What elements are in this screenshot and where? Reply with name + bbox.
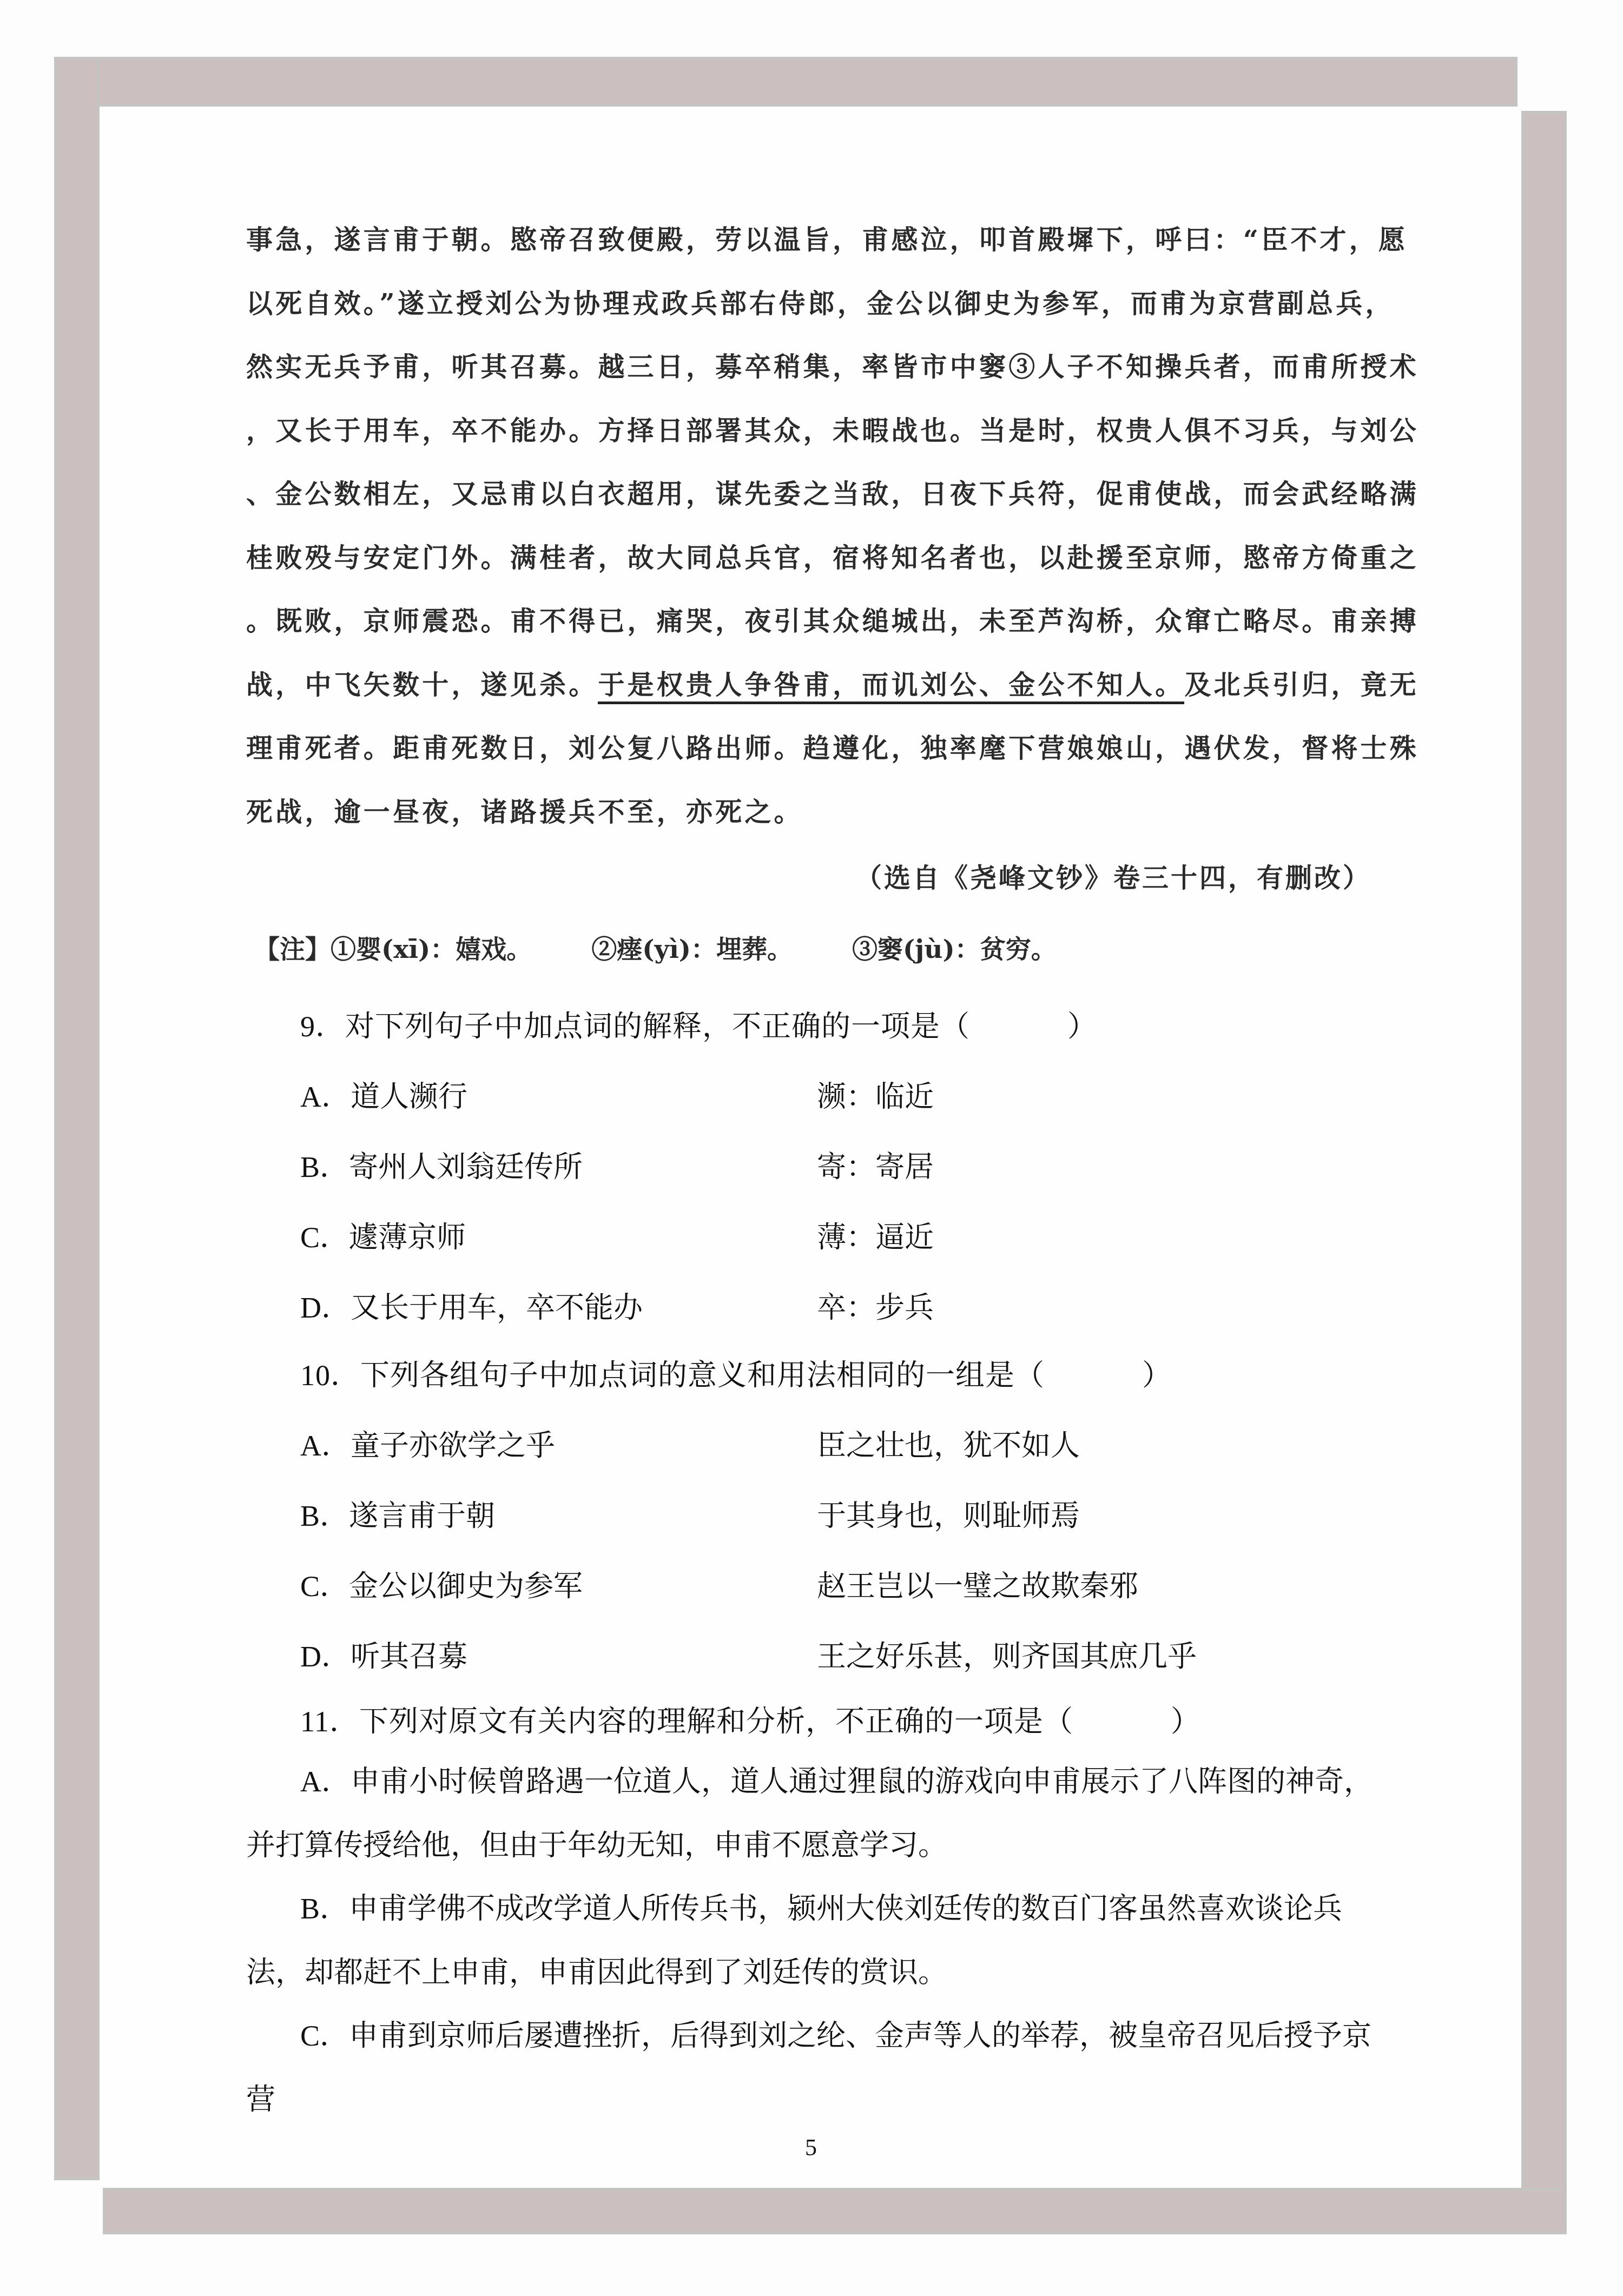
q9-option-d: D．又长于用车，卒不能办 [300,1285,643,1326]
passage-line: 然实无兵予甫，听其召募。越三日，募卒稍集，率皆市中窭③人子不知操兵者，而甫所授术 [246,346,1380,384]
notes-label: 【注】 [254,935,331,964]
frame-right-band [1521,111,1567,2234]
passage-line: 理甫死者。距甫死数日，刘公复八路出师。趋遵化，独率麾下营娘娘山，遇伏发，督将士殊 [246,727,1380,765]
option-text: 申甫学佛不成改学道人所传兵书，颍州大侠刘廷传的数百门客虽然喜欢谈论兵法，却都赶不… [246,1891,1342,1989]
notes: 【注】①婴(xī)：嬉戏。②瘗(yì)：埋葬。③窭(jù)：贫穷。 [254,929,1057,965]
q10-option-d-compare: 王之好乐甚，则齐国其庶几乎 [817,1633,1197,1675]
question-stem: 对下列句子中加点词的解释，不正确的一项是（ [345,1009,970,1043]
page-number: 5 [805,2134,817,2161]
question-9: 9．对下列句子中加点词的解释，不正确的一项是（） [300,1003,1097,1045]
option-text: 申甫到京师后屡遭挫折，后得到刘之纶、金声等人的举荐，被皇帝召见后授予京营 [246,2019,1371,2116]
option-label: B． [300,1893,349,1925]
question-10: 10．下列各组句子中加点词的意义和用法相同的一组是（） [300,1352,1172,1394]
q10-option-c-compare: 赵王岂以一璧之故欺秦邪 [817,1563,1138,1605]
q10-option-b-compare: 于其身也，则耻师焉 [817,1493,1080,1534]
option-text: 听其召募 [351,1639,467,1673]
q11-option-b: B．申甫学佛不成改学道人所传兵书，颍州大侠刘廷传的数百门客虽然喜欢谈论兵法，却都… [246,1877,1380,2004]
question-11: 11．下列对原文有关内容的理解和分析，不正确的一项是（） [300,1698,1200,1740]
passage-line: 以死自效。”遂立授刘公为协理戎政兵部右侍郎，金公以御史为参军，而甫为京营副总兵， [246,283,1380,321]
passage-line: 。既败，京师震恐。甫不得已，痛哭，夜引其众缒城出，未至芦沟桥，众窜亡略尽。甫亲搏 [246,600,1380,638]
question-stem: 下列对原文有关内容的理解和分析，不正确的一项是（ [359,1704,1073,1738]
note-item: ③窭(jù)：贫穷。 [852,935,1057,964]
option-text: 遽薄京师 [349,1220,466,1254]
q9-option-b: B．寄州人刘翁廷传所 [300,1144,583,1186]
frame-bottom-band [103,2188,1567,2234]
option-label: C． [300,1570,349,1603]
option-label: A． [300,1081,351,1113]
passage-line: 、金公数相左，又忌甫以白衣超用，谋先委之当敌，日夜下兵符，促甫使战，而会武经略满 [246,473,1380,511]
source-citation: （选自《尧峰文钞》卷三十四，有删改） [855,857,1371,895]
paren-close: ） [1142,1358,1172,1392]
passage-line: 死战，逾一昼夜，诸路援兵不至，亦死之。 [246,791,803,829]
q9-option-c: C．遽薄京师 [300,1214,466,1256]
passage-text: 及北兵引归，竟无 [1184,669,1419,700]
option-label: D． [300,1292,351,1324]
option-label: D． [300,1640,351,1673]
frame-top-band [54,57,1518,107]
q9-option-a: A．道人濒行 [300,1074,467,1115]
q10-option-a: A．童子亦欲学之乎 [300,1422,555,1464]
q9-option-c-gloss: 薄：逼近 [817,1214,934,1256]
underlined-sentence: 于是权贵人争咎甫，而讥刘公、金公不知人。 [598,669,1184,704]
question-stem: 下列各组句子中加点词的意义和用法相同的一组是（ [360,1358,1045,1392]
q10-option-b: B．遂言甫于朝 [300,1493,495,1534]
question-number: 9． [300,1010,345,1043]
q11-option-c: C．申甫到京师后屡遭挫折，后得到刘之纶、金声等人的举荐，被皇帝召见后授予京营 [246,2004,1380,2132]
option-label: A． [300,1765,351,1798]
option-text: 又长于用车，卒不能办 [351,1291,643,1325]
option-label: A． [300,1430,351,1462]
q9-option-d-gloss: 卒：步兵 [817,1285,934,1326]
option-label: C． [300,2020,349,2052]
passage-text: 战，中飞矢数十，遂见杀。 [246,669,598,700]
option-label: B． [300,1151,349,1183]
passage-line: 桂败殁与安定门外。满桂者，故大同总兵官，宿将知名者也，以赴援至京师，愍帝方倚重之 [246,537,1380,575]
q10-option-c: C．金公以御史为参军 [300,1563,583,1605]
option-text: 金公以御史为参军 [349,1569,583,1603]
paren-close: ） [1067,1009,1097,1043]
passage-line: 事急，遂言甫于朝。愍帝召致便殿，劳以温旨，甫感泣，叩首殿墀下，呼曰：“臣不才，愿 [246,219,1380,257]
frame-left-band [54,57,100,2180]
option-text: 申甫小时候曾路遇一位道人，道人通过狸鼠的游戏向申甫展示了八阵图的神奇，并打算传授… [246,1764,1373,1862]
passage-line-with-underline: 战，中飞矢数十，遂见杀。于是权贵人争咎甫，而讥刘公、金公不知人。及北兵引归，竟无 [246,664,1380,702]
q11-option-a: A．申甫小时候曾路遇一位道人，道人通过狸鼠的游戏向申甫展示了八阵图的神奇，并打算… [246,1750,1380,1877]
q10-option-d: D．听其召募 [300,1633,467,1675]
q9-option-a-gloss: 濒：临近 [817,1074,934,1115]
question-number: 10． [300,1359,360,1392]
note-item: ①婴(xī)：嬉戏。 [331,935,532,964]
question-number: 11． [300,1705,359,1738]
option-text: 道人濒行 [351,1080,467,1114]
note-item: ②瘗(yì)：埋葬。 [591,935,793,964]
paren-close: ） [1171,1704,1200,1738]
option-text: 遂言甫于朝 [349,1499,495,1533]
option-label: B． [300,1500,349,1532]
q10-option-a-compare: 臣之壮也，犹不如人 [817,1422,1080,1464]
option-label: C． [300,1221,349,1254]
option-text: 寄州人刘翁廷传所 [349,1150,583,1184]
option-text: 童子亦欲学之乎 [351,1428,555,1463]
q9-option-b-gloss: 寄：寄居 [817,1144,934,1186]
passage-line: ，又长于用车，卒不能办。方择日部署其众，未暇战也。当是时，权贵人俱不习兵，与刘公 [246,410,1380,448]
